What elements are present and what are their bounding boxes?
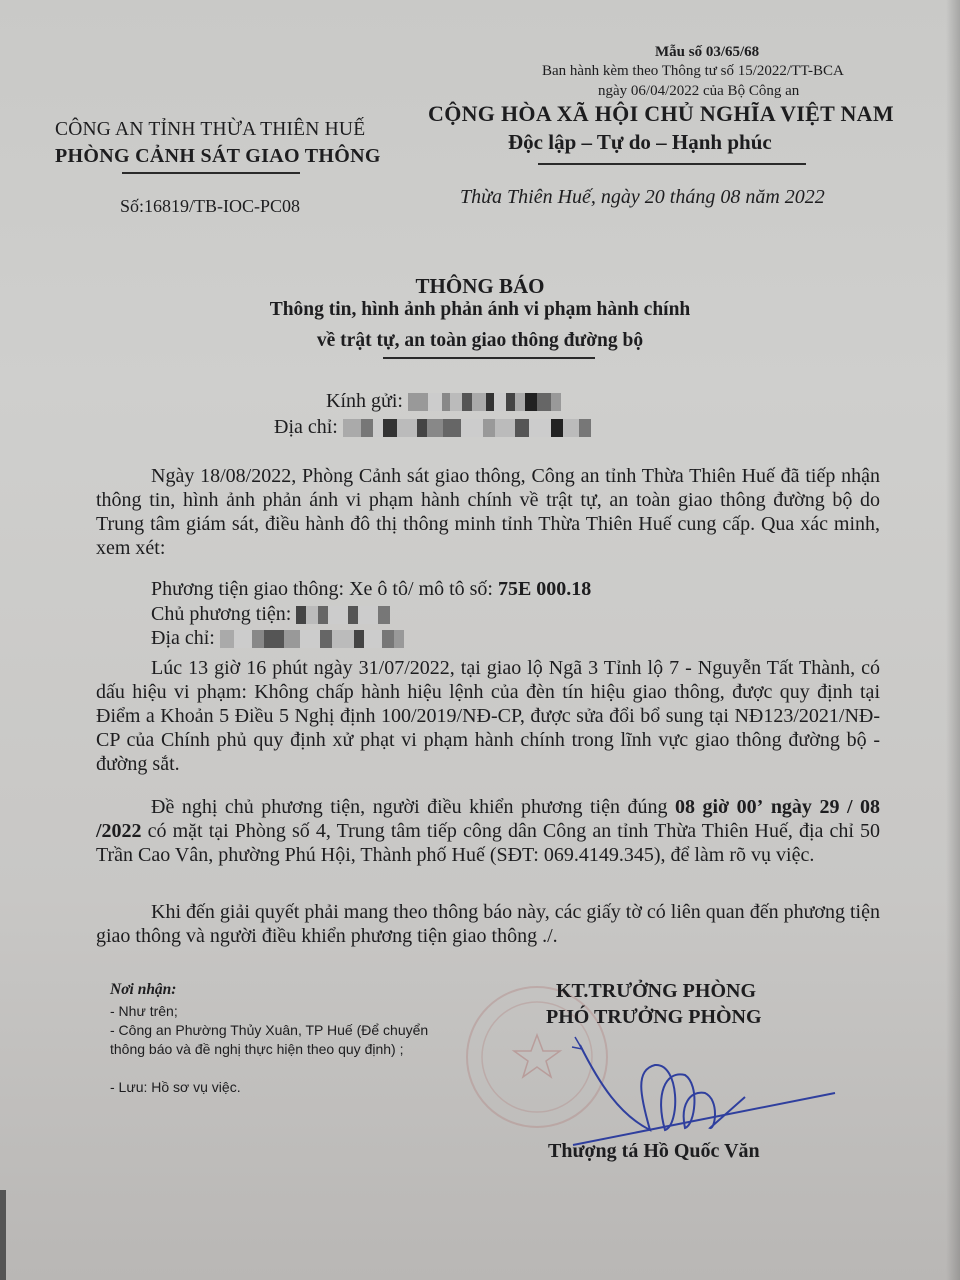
issued-by-line-1: Ban hành kèm theo Thông tư số 15/2022/TT… [542, 63, 844, 80]
redacted-owner [296, 606, 426, 624]
agency-underline [122, 172, 300, 174]
vehicle-line: Phương tiện giao thông: Xe ô tô/ mô tô s… [151, 578, 591, 601]
place-date: Thừa Thiên Huế, ngày 20 tháng 08 năm 202… [460, 186, 825, 209]
page-edge-dark [0, 1190, 6, 1280]
owner-line: Chủ phương tiện: [151, 603, 426, 626]
document-title: THÔNG BÁO [0, 274, 960, 299]
intro-paragraph: Ngày 18/08/2022, Phòng Cảnh sát giao thô… [96, 464, 880, 560]
agency-parent: CÔNG AN TỈNH THỪA THIÊN HUẾ [55, 119, 365, 141]
redacted-owner-address [220, 630, 530, 648]
nation-header: CỘNG HÒA XÃ HỘI CHỦ NGHĨA VIỆT NAM [428, 101, 894, 127]
request-location: có mặt tại Phòng số 4, Trung tâm tiếp cô… [96, 820, 880, 866]
address-line: Địa chỉ: [274, 416, 663, 439]
owner-address-line: Địa chỉ: [151, 627, 530, 650]
motto-underline [538, 163, 806, 165]
redacted-address [343, 419, 663, 437]
closing-paragraph: Khi đến giải quyết phải mang theo thông … [96, 900, 880, 948]
request-text: Đề nghị chủ phương tiện, người điều khiể… [151, 796, 675, 818]
form-number: Mẫu số 03/65/68 [655, 44, 759, 61]
document-subtitle-2: về trật tự, an toàn giao thông đường bộ [0, 330, 960, 352]
document-page: Mẫu số 03/65/68 Ban hành kèm theo Thông … [0, 0, 960, 1280]
recipient-line: Kính gửi: [326, 390, 613, 413]
issued-by-line-2: ngày 06/04/2022 của Bộ Công an [598, 83, 799, 100]
recipient-item: - Lưu: Hồ sơ vụ việc. [110, 1078, 460, 1097]
national-motto: Độc lập – Tự do – Hạnh phúc [508, 130, 772, 155]
signature-title-2: PHÓ TRƯỞNG PHÒNG [546, 1006, 762, 1029]
vehicle-label: Phương tiện giao thông: Xe ô tô/ mô tô s… [151, 578, 498, 600]
appointment-time: 08 giờ 00’ [675, 796, 763, 818]
violation-paragraph: Lúc 13 giờ 16 phút ngày 31/07/2022, tại … [96, 656, 880, 776]
signature-title-1: KT.TRƯỞNG PHÒNG [556, 980, 756, 1003]
owner-address-label: Địa chỉ: [151, 627, 215, 649]
request-paragraph: Đề nghị chủ phương tiện, người điều khiể… [96, 795, 880, 867]
page-edge-shadow [946, 0, 960, 1280]
recipient-item: - Như trên; [110, 1002, 460, 1021]
recipient-label: Kính gửi: [326, 390, 403, 412]
document-number: Số:16819/TB-IOC-PC08 [120, 196, 300, 217]
handwritten-signature-icon [570, 1035, 860, 1150]
redacted-recipient [408, 393, 613, 411]
recipients-title: Nơi nhận: [110, 981, 176, 999]
agency-department: PHÒNG CẢNH SÁT GIAO THÔNG [55, 145, 381, 168]
document-subtitle-1: Thông tin, hình ảnh phản ánh vi phạm hàn… [0, 299, 960, 321]
title-underline [383, 357, 595, 359]
address-label: Địa chỉ: [274, 416, 338, 438]
signer-name: Thượng tá Hồ Quốc Văn [548, 1140, 760, 1163]
recipient-item: - Công an Phường Thủy Xuân, TP Huế (Để c… [110, 1021, 460, 1059]
plate-number: 75E 000.18 [498, 578, 591, 600]
owner-label: Chủ phương tiện: [151, 603, 291, 625]
